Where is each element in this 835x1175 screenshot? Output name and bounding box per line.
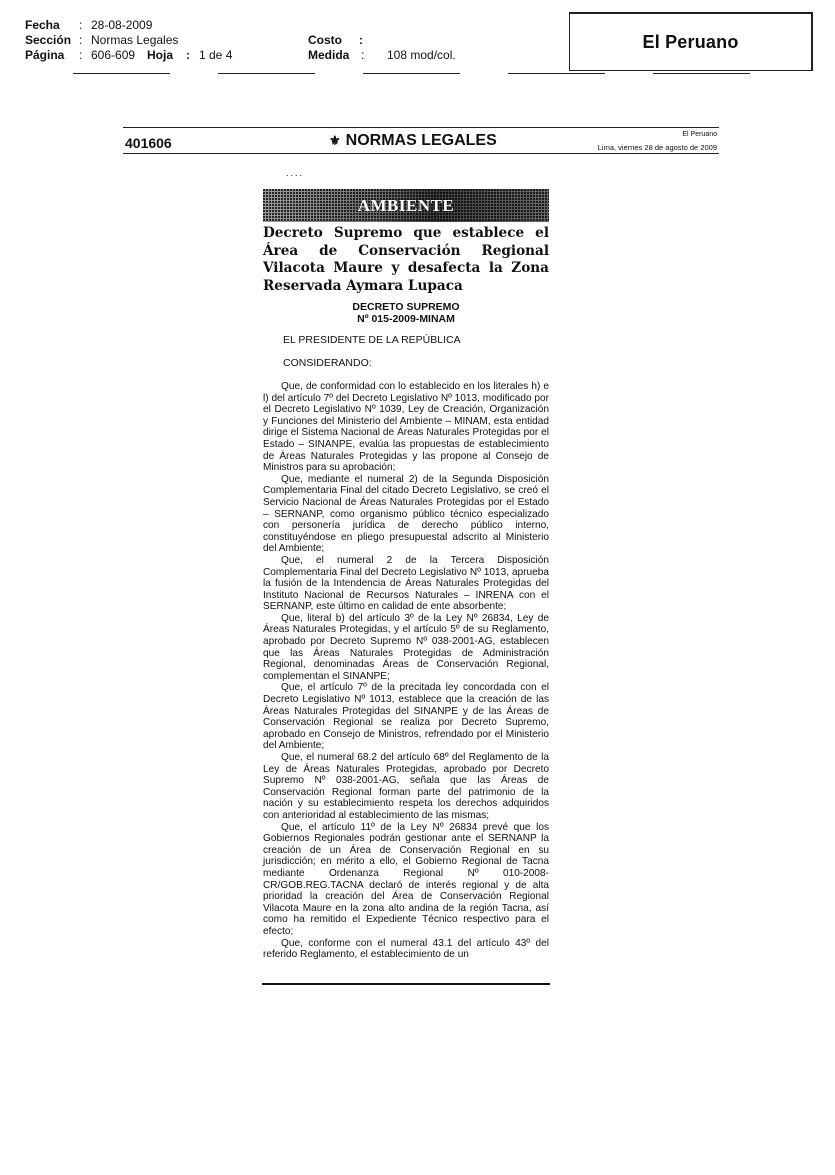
divider <box>218 73 315 74</box>
coat-of-arms-icon: ⚜ <box>329 133 341 149</box>
paragraph: Que, conforme con el numeral 43.1 del ar… <box>263 938 549 961</box>
publication-name: El Peruano <box>642 32 738 53</box>
pagina-value: 606-609 <box>91 48 135 63</box>
scan-artifact-dots: .... <box>286 168 304 178</box>
considering-label: CONSIDERANDO: <box>283 357 372 369</box>
column-bottom-rule <box>262 983 550 985</box>
section-banner-label: AMBIENTE <box>358 196 455 216</box>
newspaper-section-header: ⚜ NORMAS LEGALES <box>329 132 497 150</box>
decree-number: Nº 015-2009-MINAM <box>263 313 549 325</box>
separator: : <box>359 33 363 48</box>
fecha-value: 28-08-2009 <box>91 18 152 33</box>
paragraph: Que, literal b) del artículo 3º de la Le… <box>263 613 549 683</box>
separator: : <box>186 48 190 63</box>
hoja-value: 1 de 4 <box>199 48 232 63</box>
separator: : <box>79 18 82 33</box>
article-body: Que, de conformidad con lo establecido e… <box>263 381 549 961</box>
publication-box: El Peruano <box>569 12 813 71</box>
divider <box>73 73 170 74</box>
medida-label: Medida <box>308 48 349 63</box>
divider <box>363 73 460 74</box>
decree-type: DECRETO SUPREMO <box>263 301 549 313</box>
medida-value: 108 mod/col. <box>387 48 456 63</box>
costo-label: Costo <box>308 33 342 48</box>
divider <box>508 73 605 74</box>
seccion-value: Normas Legales <box>91 33 178 48</box>
decree-heading: DECRETO SUPREMO Nº 015-2009-MINAM <box>263 301 549 325</box>
article-headline: Decreto Supremo que establece el Área de… <box>263 225 549 295</box>
decree-issuer: EL PRESIDENTE DE LA REPÚBLICA <box>283 334 461 346</box>
paragraph: Que, de conformidad con lo establecido e… <box>263 381 549 474</box>
section-banner: AMBIENTE <box>263 189 549 222</box>
fecha-label: Fecha <box>25 18 60 33</box>
paragraph: Que, mediante el numeral 2) de la Segund… <box>263 474 549 555</box>
newspaper-page-number: 401606 <box>125 135 172 151</box>
newspaper-publication: El Peruano <box>682 131 717 138</box>
header-bottom-rule <box>123 153 719 154</box>
separator: : <box>79 48 82 63</box>
pagina-label: Página <box>25 48 64 63</box>
divider <box>653 73 750 74</box>
paragraph: Que, el numeral 68.2 del artículo 68º de… <box>263 752 549 822</box>
hoja-label: Hoja <box>147 48 173 63</box>
paragraph: Que, el artículo 7º de la precitada ley … <box>263 682 549 752</box>
paragraph: Que, el artículo 11º de la Ley Nº 26834 … <box>263 822 549 938</box>
section-title: NORMAS LEGALES <box>346 132 497 150</box>
separator: : <box>79 33 82 48</box>
header-top-rule <box>123 127 719 128</box>
paragraph: Que, el numeral 2 de la Tercera Disposic… <box>263 555 549 613</box>
separator: : <box>361 48 364 63</box>
newspaper-date: Lima, viernes 28 de agosto de 2009 <box>598 143 717 152</box>
seccion-label: Sección <box>25 33 71 48</box>
